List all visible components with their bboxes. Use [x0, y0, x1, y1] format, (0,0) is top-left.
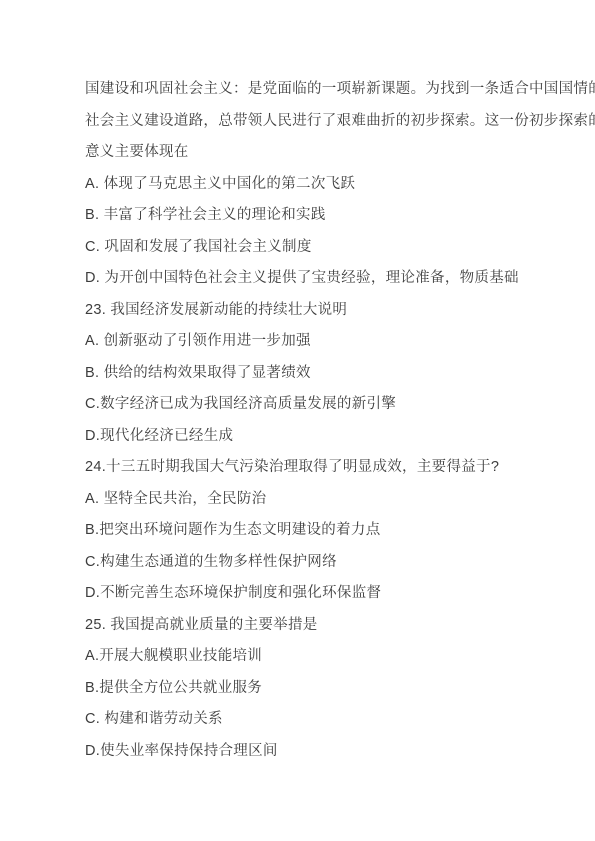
question-24-option-d: D.不断完善生态环境保护制度和强化环保监督: [85, 578, 515, 610]
question-24-option-a: A. 坚特全民共治，全民防治: [85, 484, 515, 516]
question-25-option-c: C. 构建和谐劳动关系: [85, 704, 515, 736]
question-23-option-b: B. 供给的结构效果取得了显著绩效: [85, 358, 515, 390]
question-25-option-d: D.使失业率保持保持合理区间: [85, 736, 515, 768]
prev-question-option-c: C. 巩固和发展了我国社会主义制度: [85, 232, 515, 264]
prev-question-continuation-line-1: 国建设和巩固社会主义：是党面临的一项崭新课题。为找到一条适合中国国情的: [85, 74, 515, 106]
prev-question-option-a: A. 体现了马克思主义中国化的第二次飞跃: [85, 169, 515, 201]
question-24-option-c: C.构建生态通道的生物多样性保护网络: [85, 547, 515, 579]
question-24-stem: 24.十三五时期我国大气污染治理取得了明显成效，主要得益于?: [85, 452, 515, 484]
question-25-option-b: B.提供全方位公共就业服务: [85, 673, 515, 705]
question-24-option-b: B.把突出环境问题作为生态文明建设的着力点: [85, 515, 515, 547]
question-23-option-c: C.数字经济已成为我国经济高质量发展的新引擎: [85, 389, 515, 421]
question-23-option-a: A. 创新驱动了引领作用进一步加强: [85, 326, 515, 358]
document-page: 国建设和巩固社会主义：是党面临的一项崭新课题。为找到一条适合中国国情的 社会主义…: [0, 0, 595, 841]
prev-question-option-b: B. 丰富了科学社会主义的理论和实践: [85, 200, 515, 232]
question-23-stem: 23. 我国经济发展新动能的持续壮大说明: [85, 295, 515, 327]
question-25-stem: 25. 我国提高就业质量的主要举措是: [85, 610, 515, 642]
exam-text-block: 国建设和巩固社会主义：是党面临的一项崭新课题。为找到一条适合中国国情的 社会主义…: [85, 74, 515, 767]
question-25-option-a: A.开展大舰模职业技能培训: [85, 641, 515, 673]
prev-question-option-d: D. 为开创中国特色社会主义提供了宝贵经验，理论准备，物质基础: [85, 263, 515, 295]
prev-question-continuation-line-3: 意义主要体现在: [85, 137, 515, 169]
question-23-option-d: D.现代化经济已经生成: [85, 421, 515, 453]
prev-question-continuation-line-2: 社会主义建设道路，总带领人民进行了艰难曲折的初步探索。这一份初步探索的: [85, 106, 515, 138]
